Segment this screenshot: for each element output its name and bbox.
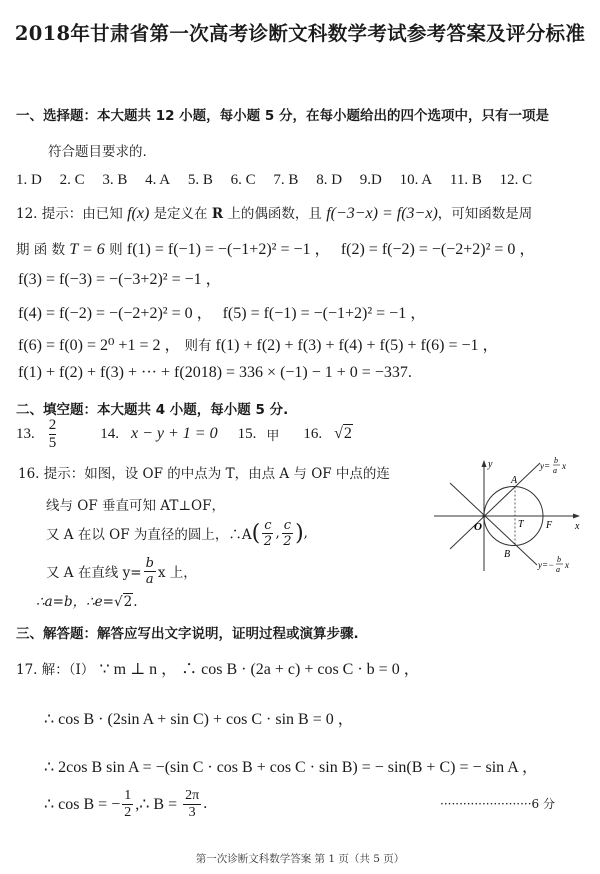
q17-line2: ∴ cos B · (2sin A + sin C) + cos C · sin… [44,706,354,729]
q16-line4: 又 A 在直线 y= ba x 上， [46,552,197,590]
svg-text:x: x [564,560,569,570]
choice-answers: 1. D 2. C 3. B 4. A 5. B 6. C 7. B 8. D … [16,172,532,189]
svg-text:a: a [556,565,560,574]
svg-text:b: b [557,555,561,564]
section1-heading: 一、选择题：本大题共 12 小题，每小题 5 分，在每小题给出的四个选项中，只有… [16,104,549,124]
answer-1: 1. D [16,172,42,189]
svg-text:y=−: y=− [537,560,554,570]
answer-5: 5. B [188,172,213,189]
y-axis-arrow-icon [482,460,487,467]
q12-line2: 期 函 数 T = 6 则 f(1) = f(−1) = −(−1+2)² = … [16,236,535,259]
hyperbola-asymptote-circle-figure: y x O T F A B y= b a x y=− b a x [420,445,600,585]
answer-6: 6. C [231,172,256,189]
answer-9: 9.D [360,172,382,189]
svg-text:B: B [504,549,510,560]
asymptote-positive [450,463,540,549]
svg-text:O: O [474,521,482,533]
q12-line6: f(1) + f(2) + f(3) + ··· + f(2018) = 336… [18,364,412,382]
answer-7: 7. B [273,172,298,189]
svg-text:F: F [545,520,553,531]
q17-line4: ∴ cos B = − 12 ,∴ B = 2π3 . [44,784,207,824]
x-axis-arrow-icon [573,514,580,519]
q16-line5: ∴a=b，∴e=√2. [36,590,137,610]
answer-3: 3. B [102,172,127,189]
answer-10: 10. A [400,172,433,189]
q16-line2: 线与 OF 垂直可知 AT⊥OF， [46,494,225,514]
svg-text:y=: y= [539,461,550,471]
section1-heading-cont: 符合题目要求的. [48,140,147,160]
q16-line3: 又 A 在以 OF 为直径的圆上，∴A ( c2, c2 ), [46,516,308,550]
section3-heading: 三、解答题：解答应写出文字说明，证明过程或演算步骤. [16,622,359,642]
answer-13: 2 5 [47,418,59,451]
asymptote-negative [450,483,537,565]
q12-line4: f(4) = f(−2) = −(−2+2)² = 0 ， f(5) = f(−… [18,300,426,323]
svg-text:A: A [510,475,518,486]
answer-16: √2 [334,425,353,443]
answer-12: 12. C [500,172,533,189]
q17-line1: 17. 解：（Ⅰ） ∵ m ⊥ n ， ∴ cos B · (2a + c) +… [16,656,420,679]
q17-line3: ∴ 2cos B sin A = −(sin C · cos B + cos C… [44,754,538,777]
svg-text:x: x [574,521,580,532]
score-marker: ························6 分 [440,795,555,812]
svg-text:a: a [553,466,557,475]
svg-text:y: y [487,459,493,470]
q16-line1: 16. 提示：如图，设 OF 的中点为 T，由点 A 与 OF 中点的连 [18,462,390,482]
answer-4: 4. A [145,172,170,189]
svg-text:b: b [554,456,558,465]
page-footer: 第一次诊断文科数学答案 第 1 页（共 5 页） [0,851,600,866]
answer-8: 8. D [316,172,342,189]
page-title: 2018年甘肃省第一次高考诊断文科数学考试参考答案及评分标准 [0,18,600,46]
q12-line3: f(3) = f(−3) = −(−3+2)² = −1 ， [18,266,222,289]
fill-answers: 13. 2 5 14. x − y + 1 = 0 15. 甲 16. √2 [16,414,353,454]
svg-text:x: x [561,461,566,471]
q12-line1: 12. 提示：由已知 f(x) 是定义在 R 上的偶函数，且 f(−3−x) =… [16,202,532,223]
answer-14: x − y + 1 = 0 [131,425,218,443]
q12-line5: f(6) = f(0) = 2⁰ +1 = 2 ， 则有 f(1) + f(2)… [18,332,499,355]
svg-text:T: T [518,519,525,530]
answer-15: 甲 [266,425,279,444]
answer-2: 2. C [60,172,85,189]
answer-11: 11. B [450,172,482,189]
